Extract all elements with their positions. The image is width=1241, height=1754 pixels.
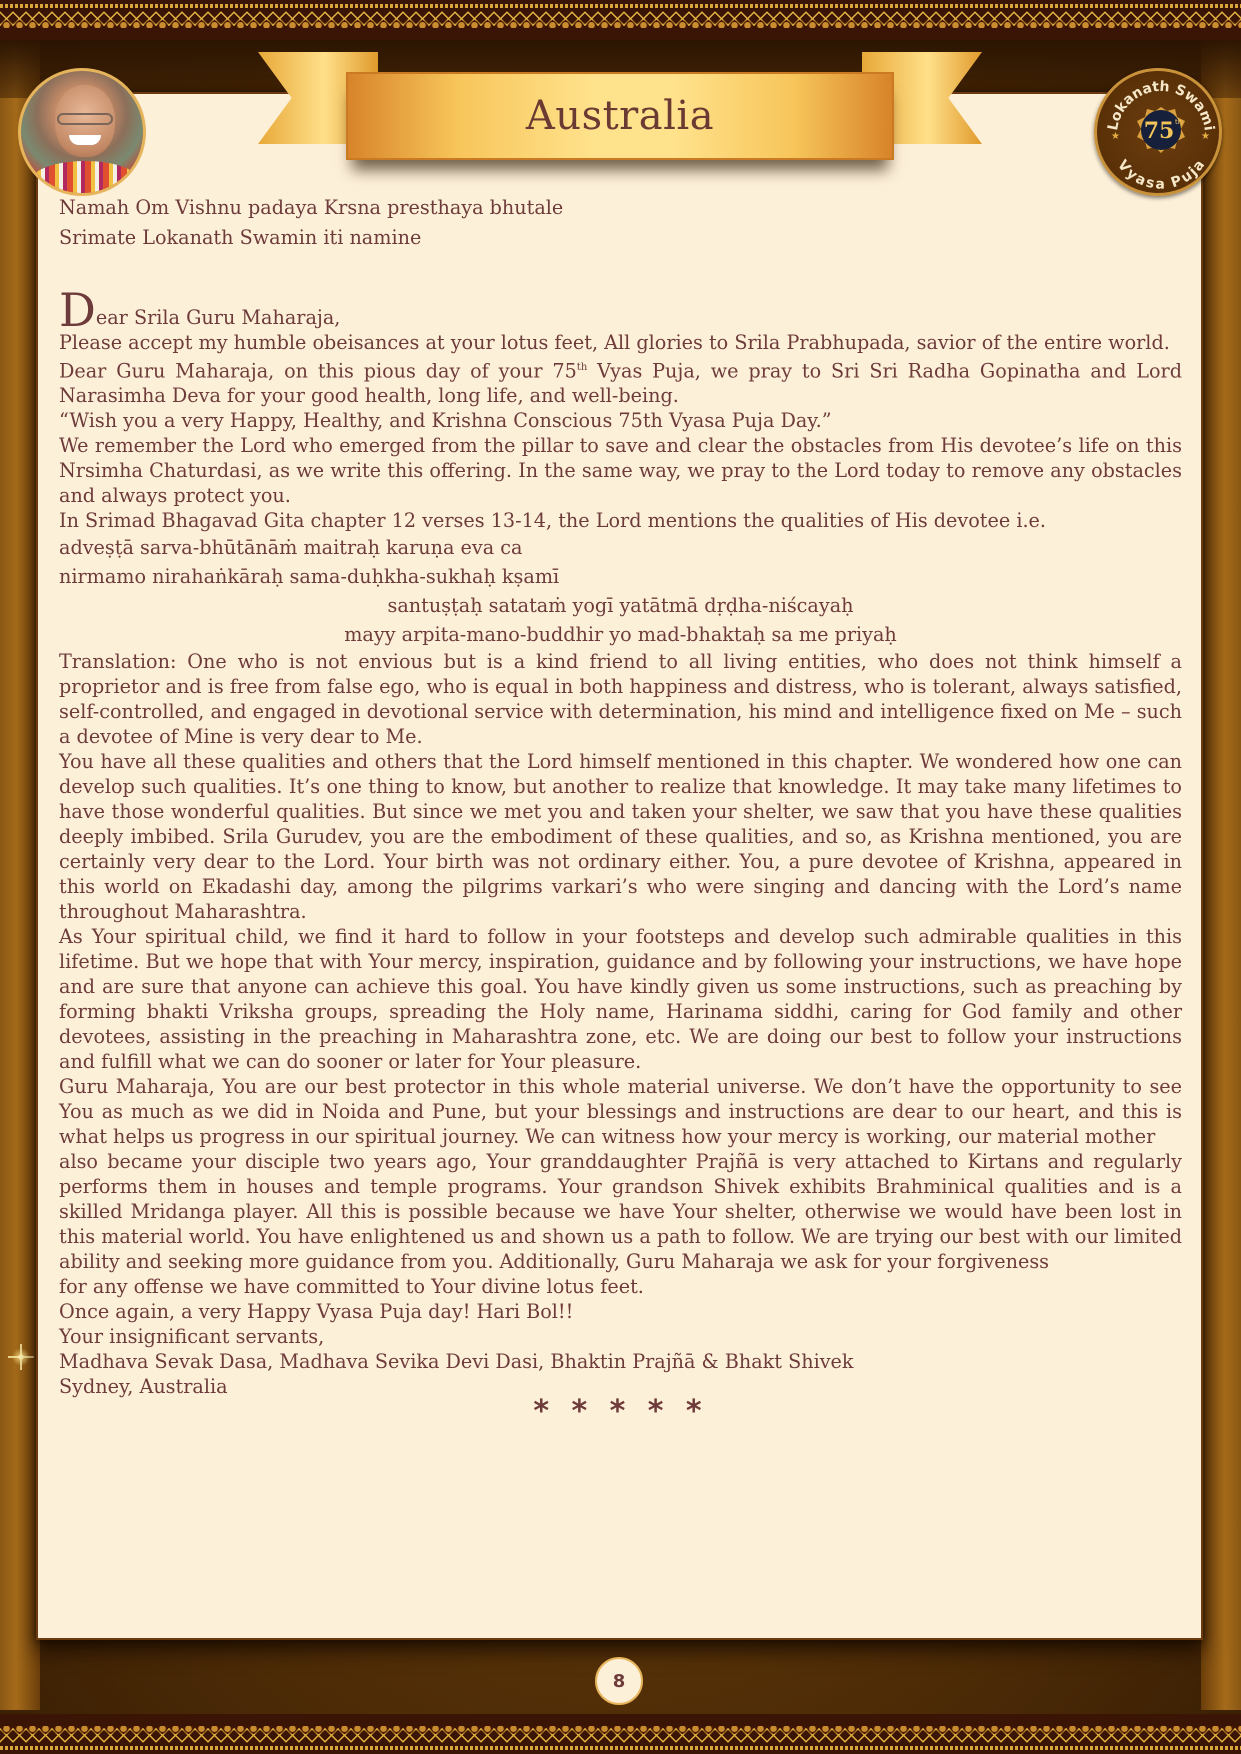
section-divider: * * * * * bbox=[59, 1399, 1182, 1424]
closing-wish: Once again, a very Happy Vyasa Puja day!… bbox=[59, 1299, 1182, 1324]
frame-right-glow bbox=[1201, 40, 1241, 1710]
paragraph-qualities: You have all these qualities and others … bbox=[59, 749, 1182, 924]
page-number: 8 bbox=[595, 1657, 643, 1705]
paragraph-obeisances: Please accept my humble obeisances at yo… bbox=[59, 330, 1182, 355]
frame-left-glow bbox=[0, 40, 40, 1710]
paragraph-translation: Translation: One who is not envious but … bbox=[59, 649, 1182, 749]
top-ornamental-border bbox=[0, 0, 1241, 40]
paragraph-spiritual-child: As Your spiritual child, we find it hard… bbox=[59, 924, 1182, 1074]
invocation-mantra: Namah Om Vishnu padaya Krsna presthaya b… bbox=[59, 193, 1182, 253]
salutation: Dear Srila Guru Maharaja, bbox=[59, 293, 1182, 330]
svg-text:Vyasa Puja: Vyasa Puja bbox=[1114, 157, 1208, 192]
page-title: Australia bbox=[526, 93, 714, 139]
badge-emblem-icon: Lokanath Swami Vyasa Puja 75 th ★ ★ bbox=[1097, 71, 1225, 199]
verse-line-3: santuṣṭaḥ satataṁ yogī yatātmā dṛḍha-niś… bbox=[59, 591, 1182, 620]
mantra-line-1: Namah Om Vishnu padaya Krsna presthaya b… bbox=[59, 193, 1182, 223]
closing-servants: Your insignificant servants, bbox=[59, 1324, 1182, 1349]
letter-body: Namah Om Vishnu padaya Krsna presthaya b… bbox=[59, 193, 1182, 1424]
ribbon-band: Australia bbox=[346, 72, 894, 160]
paragraph-wish: “Wish you a very Happy, Healthy, and Kri… bbox=[59, 408, 1182, 433]
svg-text:★: ★ bbox=[1111, 131, 1120, 142]
vyasa-puja-75th-badge: Lokanath Swami Vyasa Puja 75 th ★ ★ bbox=[1094, 68, 1222, 196]
letter: Dear Srila Guru Maharaja, Please accept … bbox=[59, 293, 1182, 1424]
title-ribbon: Australia bbox=[258, 52, 982, 172]
paragraph-prayer: Dear Guru Maharaja, on this pious day of… bbox=[59, 355, 1182, 408]
verse-line-4: mayy arpita-mano-buddhir yo mad-bhaktaḥ … bbox=[59, 620, 1182, 649]
drop-cap: D bbox=[59, 283, 96, 337]
verse-line-2: nirmamo nirahaṅkāraḥ sama-duḥkha-sukhaḥ … bbox=[59, 562, 1182, 591]
paragraph-family: also became your disciple two years ago,… bbox=[59, 1149, 1182, 1274]
verse-line-1: adveṣṭā sarva-bhūtānāṁ maitraḥ karuṇa ev… bbox=[59, 533, 1182, 562]
guru-portrait bbox=[18, 68, 146, 196]
svg-text:75: 75 bbox=[1144, 118, 1175, 144]
signature: Madhava Sevak Dasa, Madhava Sevika Devi … bbox=[59, 1349, 1182, 1374]
bottom-ornamental-border bbox=[0, 1714, 1241, 1754]
svg-text:th: th bbox=[1175, 118, 1182, 126]
sparkle-icon bbox=[8, 1344, 34, 1370]
paragraph-gita-intro: In Srimad Bhagavad Gita chapter 12 verse… bbox=[59, 508, 1182, 533]
svg-text:★: ★ bbox=[1201, 131, 1210, 142]
paragraph-nrsimha: We remember the Lord who emerged from th… bbox=[59, 433, 1182, 508]
paragraph-forgiveness: for any offense we have committed to You… bbox=[59, 1274, 1182, 1299]
mantra-line-2: Srimate Lokanath Swamin iti namine bbox=[59, 223, 1182, 253]
paragraph-protector: Guru Maharaja, You are our best protecto… bbox=[59, 1074, 1182, 1149]
